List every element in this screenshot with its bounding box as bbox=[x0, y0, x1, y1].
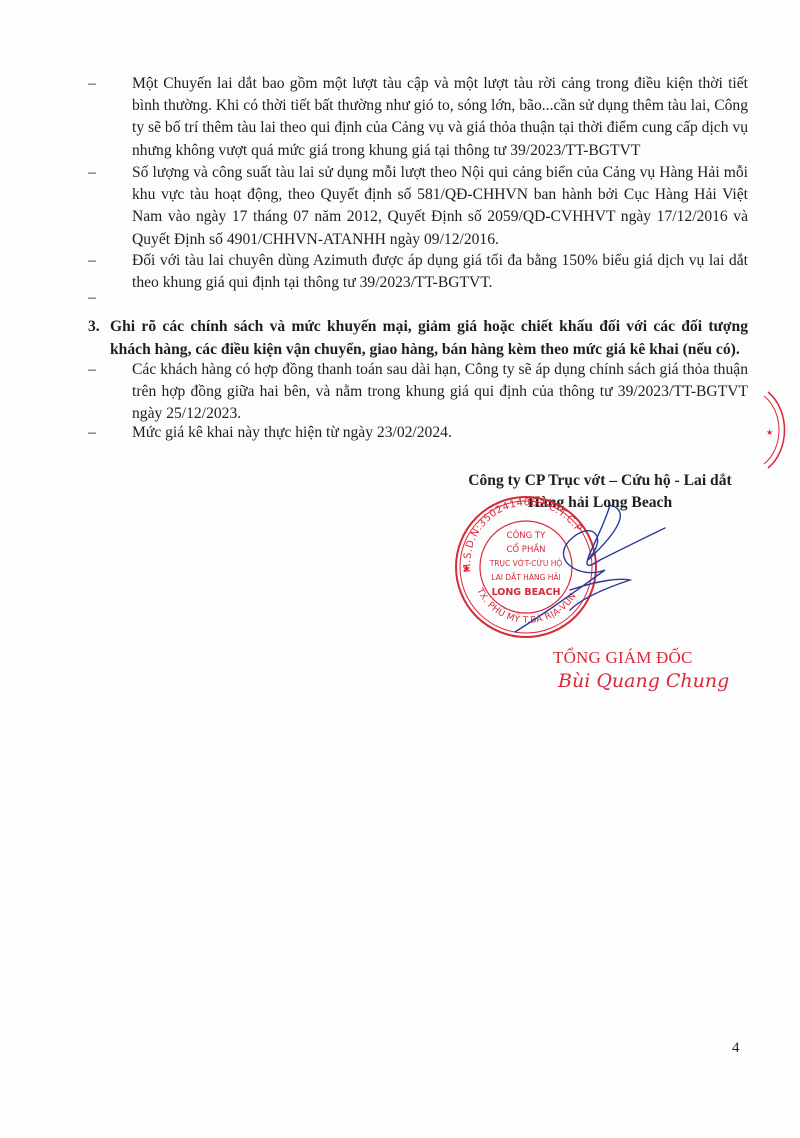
bullet-marker: – bbox=[88, 162, 108, 184]
bullet-marker: – bbox=[88, 359, 108, 381]
bullet-marker: – bbox=[88, 422, 108, 444]
bullet-azimuth: – Đối với tàu lai chuyên dùng Azimuth đư… bbox=[88, 250, 748, 294]
bullet-text: Đối với tàu lai chuyên dùng Azimuth được… bbox=[132, 250, 748, 294]
svg-text:★: ★ bbox=[766, 428, 773, 437]
bullet-tug-quantity: – Số lượng và công suất tàu lai sử dụng … bbox=[88, 162, 748, 251]
bullet-marker: – bbox=[88, 73, 108, 95]
signer-name: Bùi Quang Chung bbox=[558, 670, 729, 692]
bullet-text: Số lượng và công suất tàu lai sử dụng mỗ… bbox=[132, 162, 748, 251]
bullet-text: Mức giá kê khai này thực hiện từ ngày 23… bbox=[132, 422, 748, 444]
seal-star-icon: ★ bbox=[462, 564, 471, 575]
section-3-heading: 3. Ghi rõ các chính sách và mức khuyến m… bbox=[88, 316, 748, 361]
bullet-text: Một Chuyến lai dắt bao gồm một lượt tàu … bbox=[132, 73, 748, 162]
page-seam-stamp: ★ bbox=[762, 390, 792, 470]
bullet-marker: – bbox=[88, 287, 108, 309]
bullet-text: Các khách hàng có hợp đồng thanh toán sa… bbox=[132, 359, 748, 426]
bullet-towing-trip: – Một Chuyến lai dắt bao gồm một lượt tà… bbox=[88, 73, 748, 162]
section-number: 3. bbox=[88, 316, 100, 339]
signer-title: TỔNG GIÁM ĐỐC bbox=[553, 648, 693, 668]
company-name-line1: Công ty CP Trục vớt – Cứu hộ - Lai dắt bbox=[455, 470, 745, 492]
document-page: – Một Chuyến lai dắt bao gồm một lượt tà… bbox=[0, 0, 800, 1138]
page-number: 4 bbox=[732, 1040, 740, 1057]
bullet-effective-date: – Mức giá kê khai này thực hiện từ ngày … bbox=[88, 422, 748, 444]
section-heading-text: Ghi rõ các chính sách và mức khuyến mại,… bbox=[110, 316, 748, 361]
bullet-marker: – bbox=[88, 250, 108, 272]
handwritten-signature bbox=[510, 500, 670, 640]
bullet-long-term-contract: – Các khách hàng có hợp đồng thanh toán … bbox=[88, 359, 748, 426]
